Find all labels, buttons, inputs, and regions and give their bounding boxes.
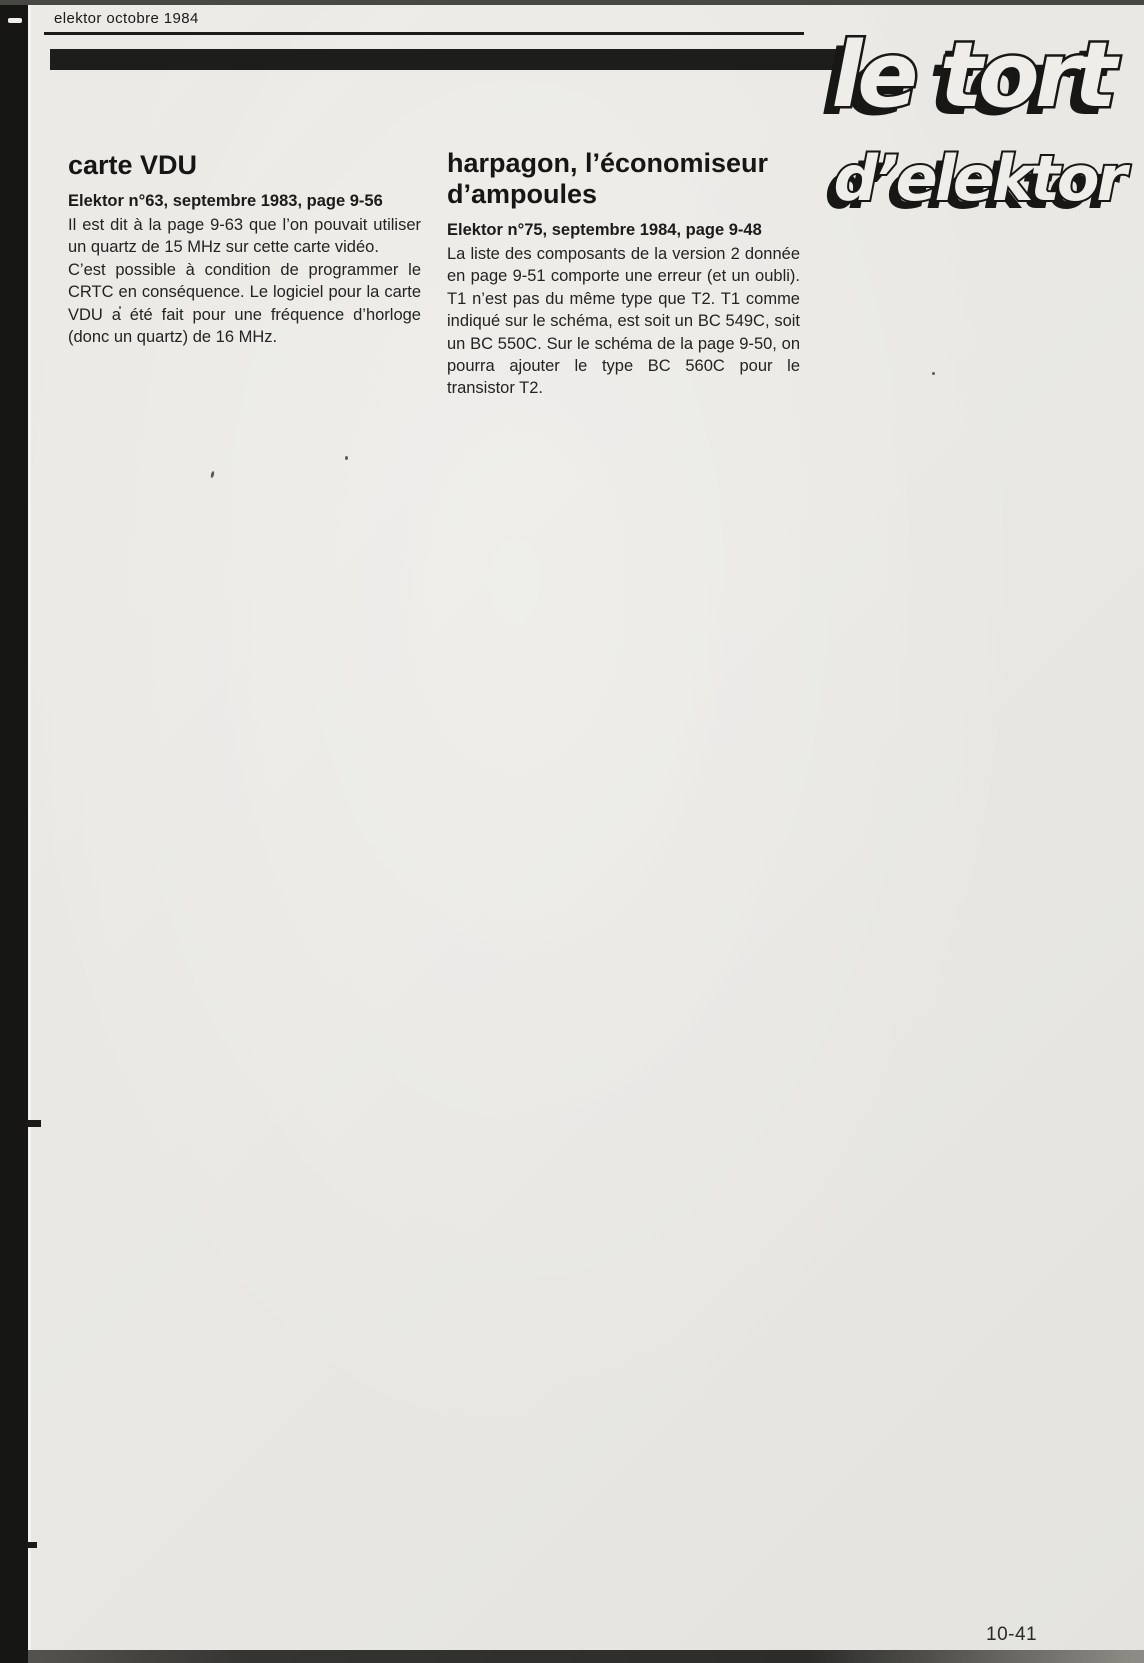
article-harpagon: harpagon, l’économiseur d’ampoules Elekt… [447,148,800,400]
left-binding-strip [0,4,28,1663]
scan-speck [210,471,215,479]
scan-speck [932,372,935,375]
bottom-scan-edge [28,1650,1144,1663]
magazine-page: elektor octobre 1984 le tort le tort d’e… [0,0,1144,1663]
scan-speck [345,456,348,460]
masthead-issue-line: elektor octobre 1984 [54,10,199,27]
article-paragraph: Il est dit à la page 9-63 que l’on pouva… [68,214,421,259]
binding-notch [27,1542,37,1548]
article-body: Il est dit à la page 9-63 que l’on pouva… [68,214,421,348]
binding-dash-mark [8,18,22,23]
article-title: harpagon, l’économiseur d’ampoules [447,148,800,210]
binding-gap-line [28,4,31,1663]
article-body: La liste des composants de la version 2 … [447,243,800,400]
logo-line2: d’elektor [834,142,1131,215]
article-title: carte VDU [68,150,421,181]
binding-notch [27,1120,41,1127]
article-paragraph: C’est possible à condition de programmer… [68,259,421,349]
article-paragraph: La liste des composants de la version 2 … [447,243,800,400]
article-reference: Elektor n°75, septembre 1984, page 9-48 [447,219,800,241]
article-carte-vdu: carte VDU Elektor n°63, septembre 1983, … [68,150,421,348]
page-number: 10-41 [986,1624,1037,1646]
article-reference: Elektor n°63, septembre 1983, page 9-56 [68,190,421,212]
logo-line1: le tort [832,23,1120,128]
